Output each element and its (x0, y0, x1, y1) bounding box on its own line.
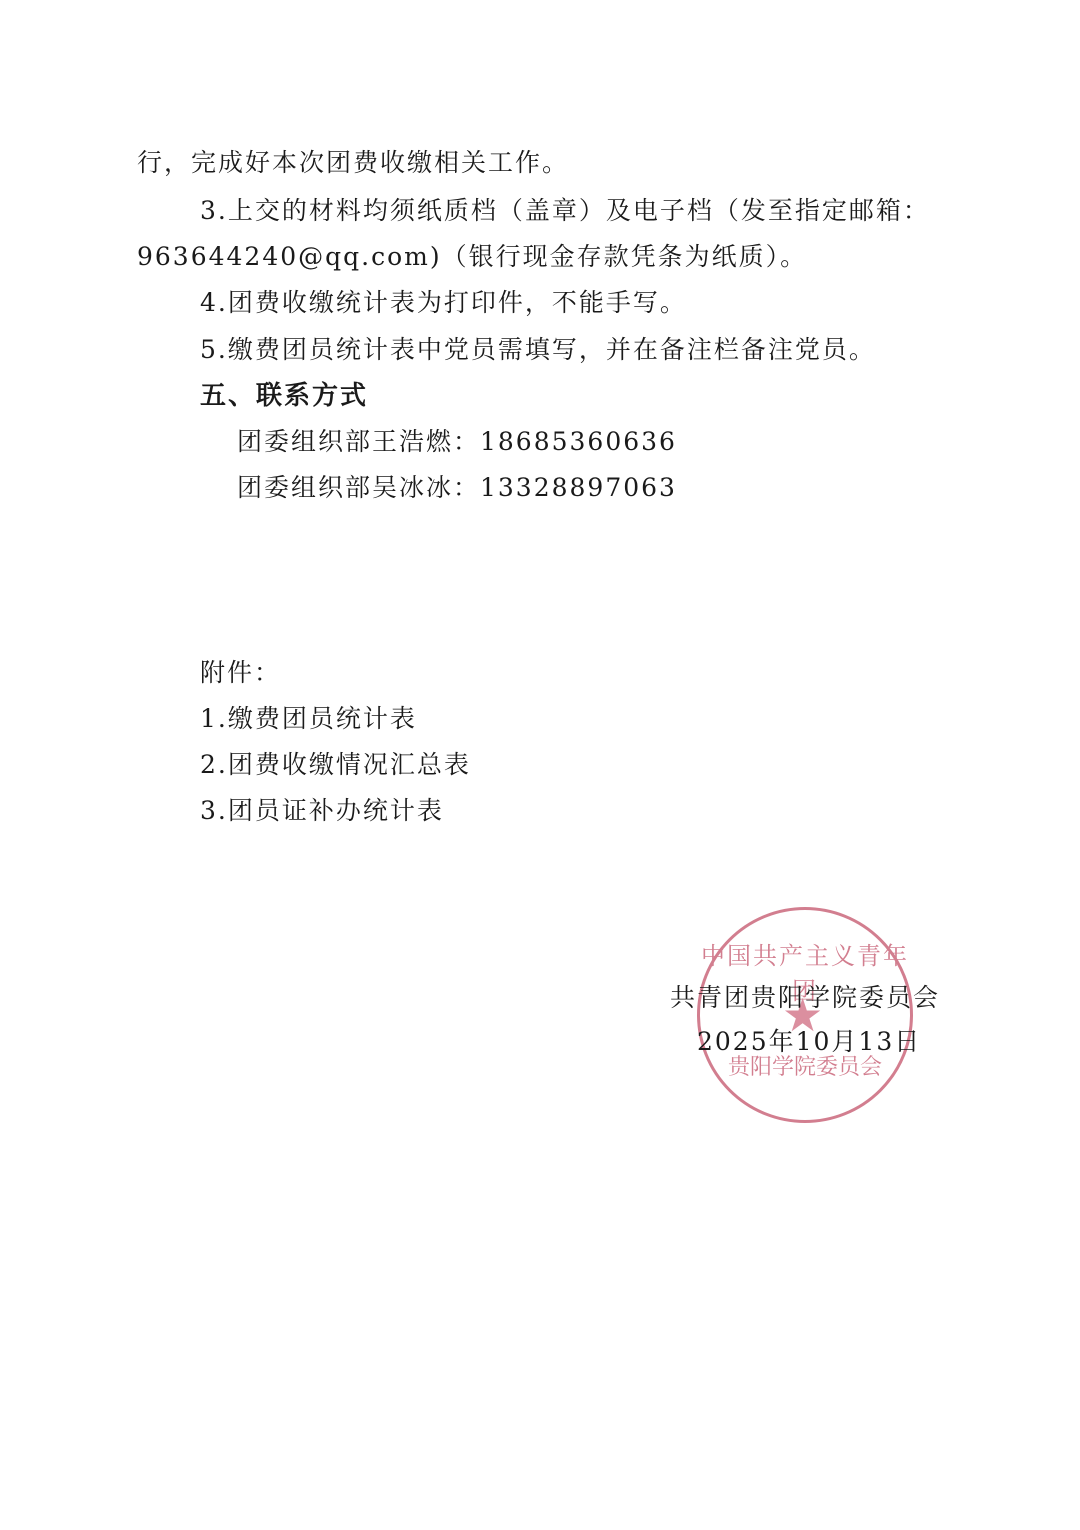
signature-date: 2025年10月13日 (697, 1022, 921, 1058)
attachments-label: 附件： (200, 660, 281, 685)
item-5: 5.缴费团员统计表中党员需填写，并在备注栏备注党员。 (200, 337, 876, 362)
official-seal: 中国共产主义青年团 ★ 贵阳学院委员会 (697, 907, 913, 1123)
body-line-1: 行，完成好本次团费收缴相关工作。 (137, 150, 569, 175)
contact-person-1: 团委组织部王浩燃：18685360636 (237, 429, 677, 454)
contact-heading: 五、联系方式 (200, 383, 368, 409)
item-3-line-a: 3.上交的材料均须纸质档（盖章）及电子档（发至指定邮箱： (200, 198, 930, 223)
attachment-item-3: 3.团员证补办统计表 (200, 798, 444, 823)
item-4: 4.团费收缴统计表为打印件，不能手写。 (200, 290, 687, 315)
attachment-item-2: 2.团费收缴情况汇总表 (200, 752, 471, 777)
attachment-item-1: 1.缴费团员统计表 (200, 706, 417, 731)
item-3-line-b: 963644240@qq.com)（银行现金存款凭条为纸质）。 (137, 244, 807, 269)
contact-person-2: 团委组织部吴冰冰：13328897063 (237, 475, 677, 500)
signature-org: 共青团贵阳学院委员会 (670, 978, 940, 1014)
